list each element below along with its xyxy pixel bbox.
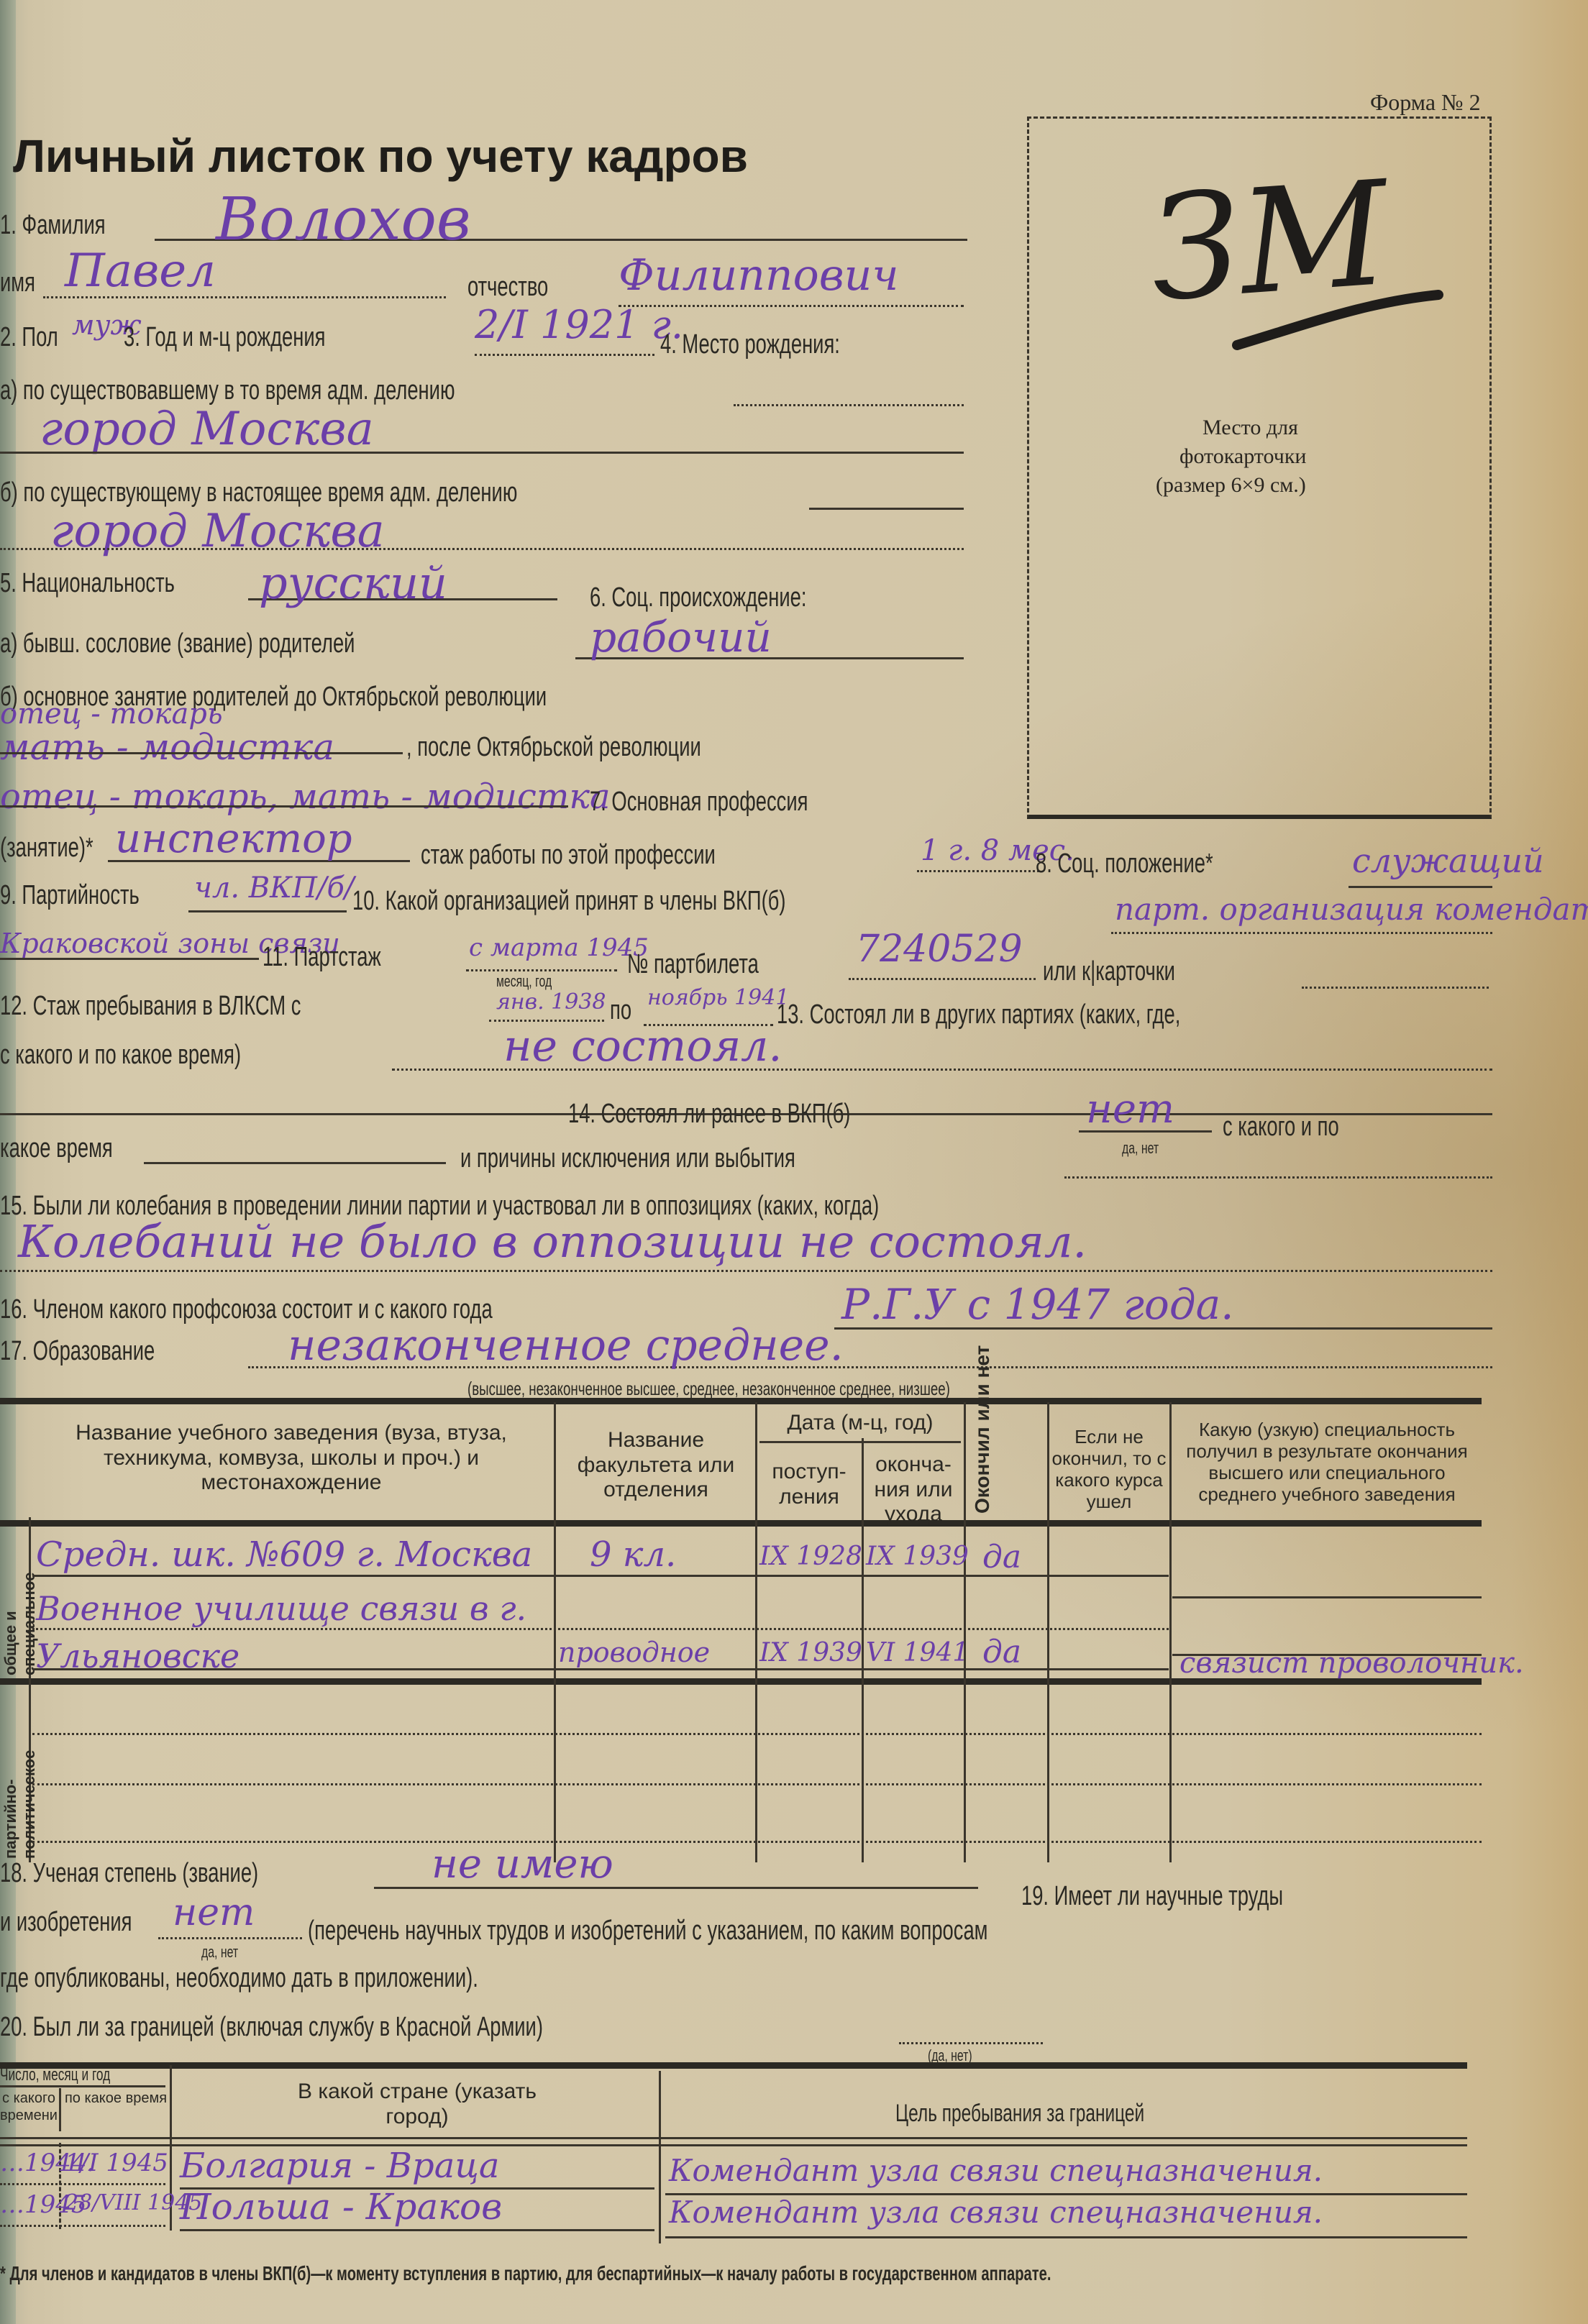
degree-label: 18. Ученая степень (звание)	[0, 1858, 258, 1889]
photo-caption-3: (размер 6×9 см.)	[1156, 473, 1306, 498]
signature-stroke-icon	[1223, 216, 1453, 360]
th-abroad-to: по какое время	[63, 2090, 168, 2107]
card-label: или к|карточки	[1043, 956, 1175, 987]
abroad-country[interactable]: Польша - Краков	[180, 2186, 502, 2228]
photo-caption-2: фотокарточки	[1179, 444, 1306, 469]
abroad-purpose[interactable]: Комендант узла связи спецназначения.	[669, 2153, 1323, 2188]
expulsion-reason-label: и причины исключения или выбытия	[460, 1143, 795, 1174]
social-status-label: 8. Соц. положение*	[1036, 848, 1213, 879]
abroad-label: 20. Был ли за границей (включая службу в…	[0, 2012, 543, 2043]
other-parties-label: 13. Состоял ли в других партиях (каких, …	[777, 999, 1180, 1030]
inventions-value[interactable]: нет	[173, 1891, 255, 1934]
surname-label: 1. Фамилия	[0, 210, 106, 241]
edu-exit[interactable]: VI 1941	[866, 1638, 969, 1667]
previous-vkp-period-label: какое время	[0, 1133, 113, 1164]
komsomol-hint: месяц, год	[496, 972, 552, 991]
degree-value[interactable]: не имею	[432, 1841, 613, 1888]
th-date: Дата (м-ц, год)	[759, 1411, 961, 1436]
name-label: имя	[0, 267, 35, 298]
social-origin-label: 6. Соц. происхождение:	[590, 582, 806, 613]
profession-label: 7. Основная профессия	[590, 787, 808, 818]
komsomol-from[interactable]: янв. 1938	[496, 989, 606, 1015]
th-abroad-from: с какого времени	[0, 2090, 58, 2124]
edu-faculty[interactable]: 9 кл.	[590, 1534, 676, 1575]
edu-entry[interactable]: IX 1928	[759, 1542, 862, 1571]
edu-institution[interactable]: Средн. шк. №609 г. Москва	[36, 1534, 532, 1575]
profession-value[interactable]: инспектор	[115, 815, 352, 862]
document-title: Личный листок по учету кадров	[13, 129, 748, 183]
surname-value[interactable]: Волохов	[216, 186, 471, 254]
party-org-value-1[interactable]: парт. организация комендатуры	[1115, 892, 1588, 927]
birthplace-old-value[interactable]: город Москва	[40, 403, 374, 456]
inventions-hint: да, нет	[201, 1943, 238, 1962]
birthplace-label: 4. Место рождения:	[660, 329, 840, 360]
komsomol-label: 12. Стаж пребывания в ВЛКСМ с	[0, 991, 301, 1022]
party-org-label: 10. Какой организацией принят в члены ВК…	[352, 886, 785, 917]
social-status-value[interactable]: служащий	[1352, 841, 1544, 880]
profession-experience-label: стаж работы по этой профессии	[421, 840, 716, 871]
previous-vkp-label: 14. Состоял ли ранее в ВКП(б)	[568, 1099, 850, 1130]
patronymic-value[interactable]: Филиппович	[619, 250, 899, 301]
other-parties-value[interactable]: не состоял.	[503, 1021, 782, 1071]
parents-class-value[interactable]: рабочий	[590, 613, 772, 662]
abroad-to[interactable]: 1/I 1945	[65, 2149, 168, 2177]
party-value[interactable]: чл. ВКП/б/	[194, 871, 354, 905]
works-description-2: где опубликованы, необходимо дать в прил…	[0, 1963, 478, 1994]
education-value[interactable]: незаконченное среднее.	[288, 1320, 844, 1371]
photo-caption-1: Место для	[1203, 416, 1298, 440]
abroad-country[interactable]: Болгария - Враца	[180, 2146, 500, 2186]
inventions-label: и изобретения	[0, 1907, 132, 1938]
previous-vkp-tail: с какого и по	[1223, 1112, 1339, 1143]
th-institution: Название учебного заведения (вуза, втуза…	[32, 1421, 550, 1496]
name-value[interactable]: Павел	[65, 244, 216, 298]
th-exit: оконча- ния или ухода	[864, 1452, 962, 1527]
party-card-value[interactable]: 7240529	[856, 928, 1023, 971]
works-description: (перечень научных трудов и изобретений с…	[308, 1916, 987, 1946]
parents-class-label: а) бывш. сословие (звание) родителей	[0, 628, 355, 659]
th-abroad-date: Число, месяц и год	[0, 2065, 110, 2085]
birth-date-value[interactable]: 2/I 1921 г.	[475, 302, 683, 347]
edu-faculty[interactable]: проводное	[558, 1637, 710, 1668]
nationality-label: 5. Национальность	[0, 568, 175, 599]
section-political: партийно-политическое	[1, 1686, 39, 1859]
education-hint: (высшее, незаконченное высшее, среднее, …	[467, 1378, 950, 1400]
nationality-value[interactable]: русский	[259, 557, 447, 609]
birth-date-label: 3. Год и м-ц рождения	[124, 322, 325, 353]
sex-label: 2. Пол	[0, 322, 58, 353]
parents-occupation-after[interactable]: отец - токарь, мать - модистка	[0, 777, 611, 817]
abroad-purpose[interactable]: Комендант узла связи спецназначения.	[669, 2195, 1323, 2230]
edu-specialty[interactable]: связист проволочник.	[1179, 1647, 1524, 1680]
th-finished: Окончил или нет	[971, 1413, 1043, 1514]
edu-finished[interactable]: да	[982, 1539, 1021, 1575]
party-tenure-value[interactable]: с марта 1945	[469, 933, 649, 962]
th-entry: поступ- ления	[758, 1460, 860, 1509]
birthplace-old-label: а) по существовавшему в то время адм. де…	[0, 375, 455, 406]
th-abroad-country: В какой стране (указать город)	[288, 2080, 547, 2129]
party-card-label: № партбилета	[627, 949, 759, 980]
th-faculty: Название факультета или отделения	[558, 1428, 754, 1503]
after-revolution-label: , после Октябрьской революции	[406, 732, 701, 763]
footnote: * Для членов и кандидатов в члены ВКП(б)…	[0, 2262, 1051, 2285]
th-specialty: Какую (узкую) специальность получил в ре…	[1172, 1419, 1482, 1506]
other-parties-label-2: с какого и по какое время)	[0, 1040, 241, 1071]
patronymic-label: отчество	[467, 272, 548, 303]
previous-vkp-value[interactable]: нет	[1086, 1086, 1174, 1133]
parents-occupation-before-2[interactable]: мать - модистка	[0, 726, 334, 768]
edu-exit[interactable]: IX 1939	[866, 1542, 969, 1571]
education-label: 17. Образование	[0, 1336, 155, 1367]
edu-entry[interactable]: IX 1939	[759, 1638, 862, 1667]
edu-institution[interactable]: Военное училище связи в г. Ульяновске	[36, 1585, 539, 1680]
birthplace-new-label: б) по существующему в настоящее время ад…	[0, 477, 517, 508]
komsomol-to[interactable]: ноябрь 1941	[647, 985, 789, 1010]
opposition-value[interactable]: Колебаний не было в оппозиции не состоял…	[18, 1215, 1087, 1268]
party-tenure-label: 11. Партстаж	[263, 942, 381, 973]
th-if-not: Если не окончил, то с какого курса ушел	[1050, 1427, 1168, 1513]
trade-union-value[interactable]: Р.Г.У с 1947 года.	[841, 1280, 1234, 1329]
form-number: Форма № 2	[1370, 89, 1481, 116]
th-abroad-purpose: Цель пребывания за границей	[895, 2100, 1144, 2128]
edu-finished[interactable]: да	[982, 1634, 1021, 1670]
section-general: общее и специальное	[1, 1524, 39, 1675]
party-label: 9. Партийность	[0, 880, 140, 911]
profession-label-2: (занятие)*	[0, 833, 93, 864]
previous-vkp-hint: да, нет	[1122, 1139, 1159, 1158]
works-label: 19. Имеет ли научные труды	[1021, 1881, 1283, 1912]
